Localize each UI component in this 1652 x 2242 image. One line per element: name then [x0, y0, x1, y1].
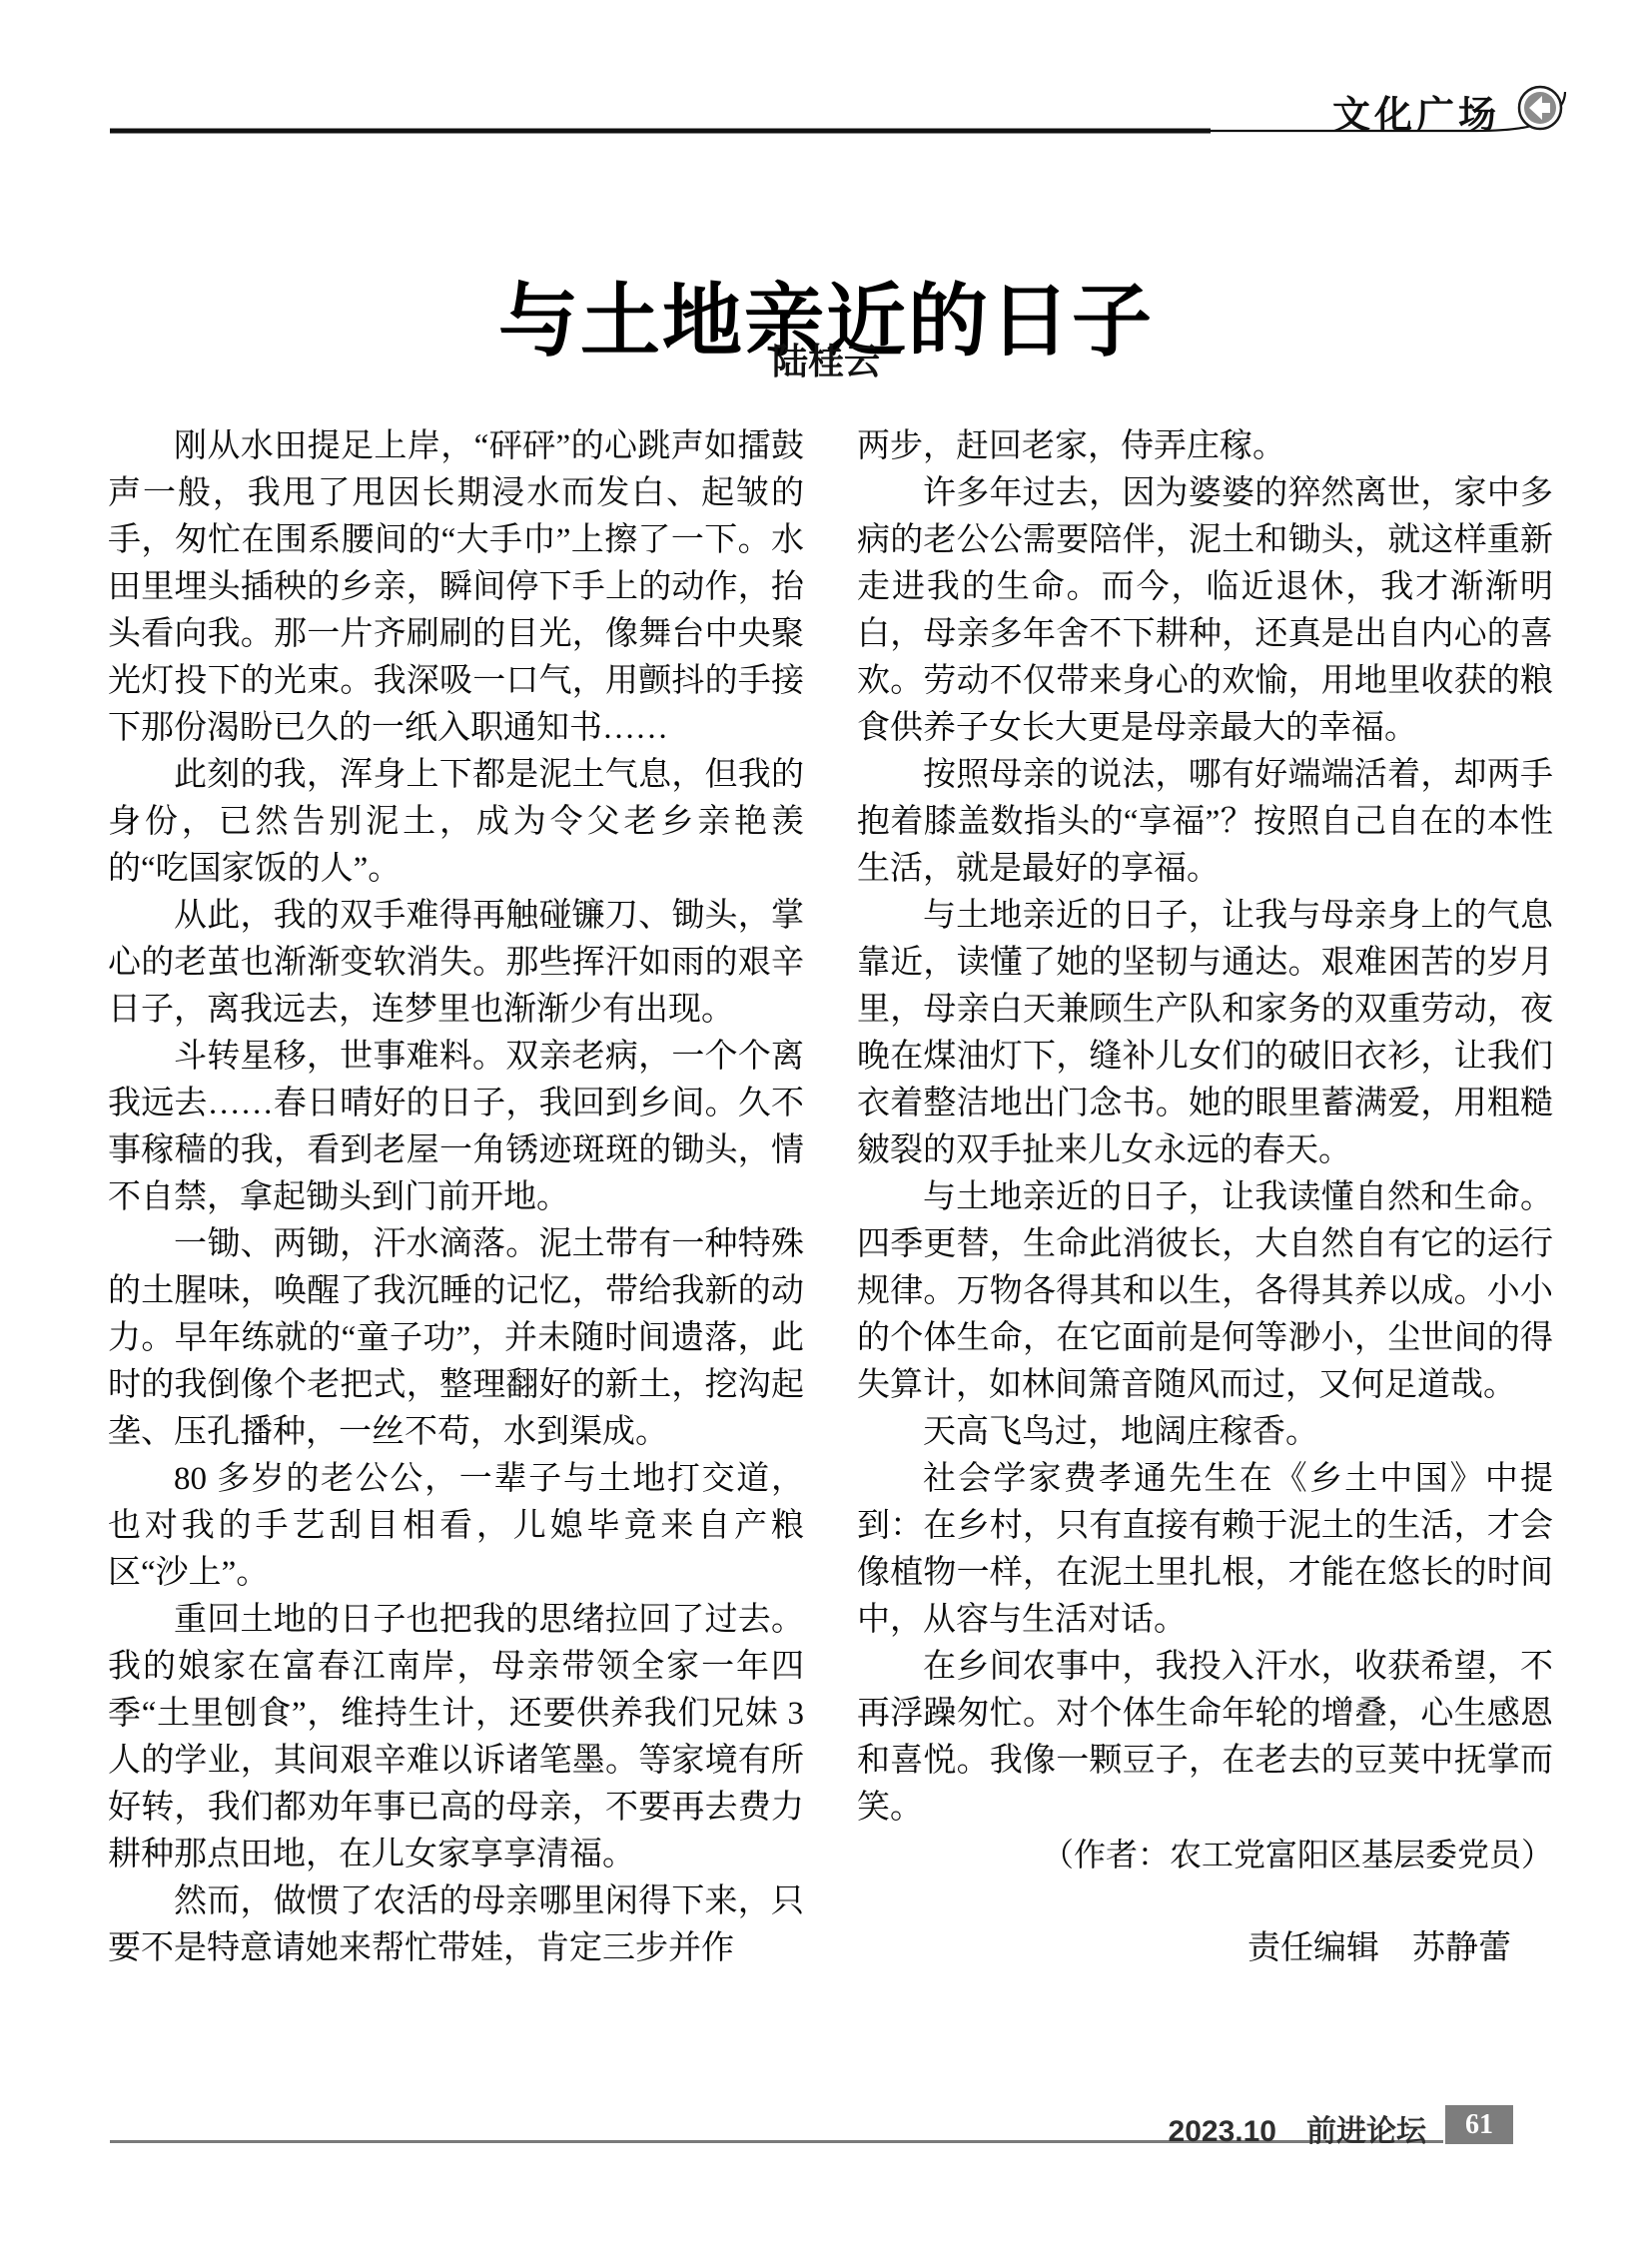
page-number-badge: 61 — [1445, 2105, 1513, 2144]
paragraph: 一锄、两锄，汗水滴落。泥土带有一种特殊的土腥味，唤醒了我沉睡的记忆，带给我新的动… — [108, 1221, 804, 1456]
paragraph: 斗转星移，世事难料。双亲老病，一个个离我远去……春日晴好的日子，我回到乡间。久不… — [108, 1034, 804, 1221]
editor-credit: 责任编辑 苏静蕾 — [857, 1925, 1553, 1972]
back-arrow-circle-icon — [1519, 87, 1561, 129]
paragraph: 与土地亲近的日子，让我读懂自然和生命。四季更替，生命此消彼长，大自然自有它的运行… — [857, 1174, 1553, 1409]
paragraph: 重回土地的日子也把我的思绪拉回了过去。我的娘家在富春江南岸，母亲带领全家一年四季… — [108, 1597, 804, 1878]
paragraph: 与土地亲近的日子，让我与母亲身上的气息靠近，读懂了她的坚韧与通达。艰难困苦的岁月… — [857, 893, 1553, 1174]
paragraph: 天高飞鸟过，地阔庄稼香。 — [857, 1409, 1553, 1456]
paragraph: 在乡间农事中，我投入汗水，收获希望，不再浮躁匆忙。对个体生命年轮的增叠，心生感恩… — [857, 1644, 1553, 1832]
paragraph: 社会学家费孝通先生在《乡土中国》中提到：在乡村，只有直接有赖于泥土的生活，才会像… — [857, 1456, 1553, 1644]
magazine-page: 文化广场 与土地亲近的日子 陆桂云 刚从水田提足上岸，“砰砰”的心跳声如擂鼓声一… — [0, 0, 1652, 2242]
left-column: 刚从水田提足上岸，“砰砰”的心跳声如擂鼓声一般，我甩了甩因长期浸水而发白、起皱的… — [108, 423, 804, 1972]
paragraph: 从此，我的双手难得再触碰镰刀、锄头，掌心的老茧也渐渐变软消失。那些挥汗如雨的艰辛… — [108, 893, 804, 1034]
footer-journal-name: 前进论坛 — [1306, 2115, 1426, 2148]
article-author: 陆桂云 — [0, 334, 1652, 384]
right-column: 两步，赶回老家，侍弄庄稼。 许多年过去，因为婆婆的猝然离世，家中多病的老公公需要… — [857, 423, 1553, 1972]
paragraph: 许多年过去，因为婆婆的猝然离世，家中多病的老公公需要陪伴，泥土和锄头，就这样重新… — [857, 470, 1553, 752]
paragraph: 然而，做惯了农活的母亲哪里闲得下来，只要不是特意请她来帮忙带娃，肯定三步并作 — [108, 1878, 804, 1972]
paragraph: 按照母亲的说法，哪有好端端活着，却两手抱着膝盖数指头的“享福”？按照自己自在的本… — [857, 752, 1553, 893]
section-label: 文化广场 — [1332, 84, 1500, 139]
footer-text: 2023.10前进论坛 — [0, 2106, 1426, 2150]
paragraph: 此刻的我，浑身上下都是泥土气息，但我的身份，已然告别泥土，成为令父老乡亲艳羡的“… — [108, 752, 804, 893]
paragraph: 刚从水田提足上岸，“砰砰”的心跳声如擂鼓声一般，我甩了甩因长期浸水而发白、起皱的… — [108, 423, 804, 752]
footer-issue-date: 2023.10 — [1169, 2115, 1276, 2148]
paragraph: 两步，赶回老家，侍弄庄稼。 — [857, 423, 1553, 470]
paragraph: 80 多岁的老公公，一辈子与土地打交道，也对我的手艺刮目相看，儿媳毕竟来自产粮区… — [108, 1456, 804, 1597]
author-note: （作者：农工党富阳区基层委党员） — [857, 1832, 1553, 1878]
